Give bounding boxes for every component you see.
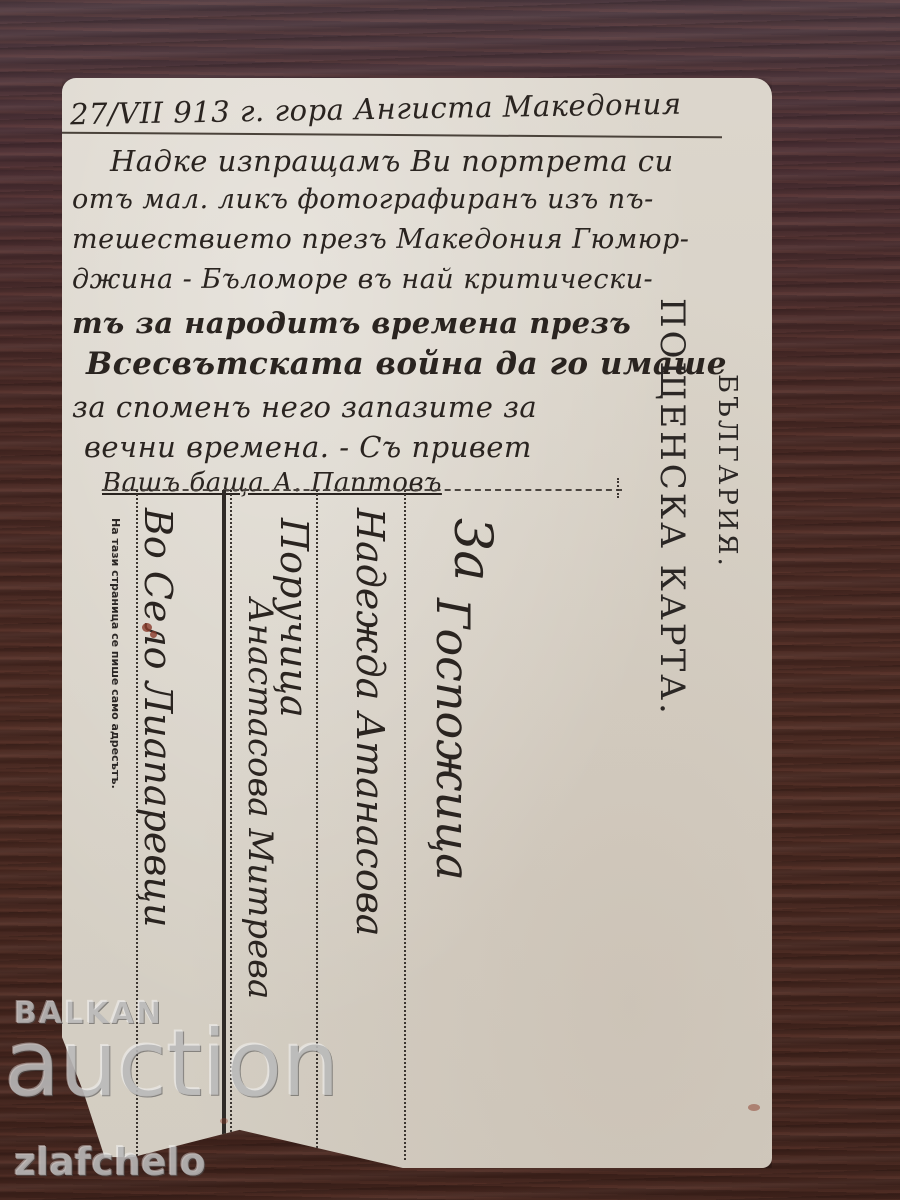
address-line-text: Госпожица bbox=[426, 598, 480, 881]
printed-country: БЪЛГАРИЯ. bbox=[712, 374, 742, 569]
address-line-text: Анастасова Митрева bbox=[240, 598, 280, 999]
stain bbox=[150, 631, 157, 638]
message-line: джина - Бъломоре въ най критически- bbox=[72, 264, 653, 295]
address-line bbox=[617, 478, 619, 498]
address-line bbox=[404, 490, 406, 1160]
address-line-text: Надежда Атанасова bbox=[348, 508, 392, 936]
message-line: Всесвътската война да го имаше bbox=[86, 346, 727, 382]
printed-notice: На тази страница се пише само адресътъ. bbox=[109, 518, 122, 789]
message-header: 27/VII 913 г. гора Ангиста Македония bbox=[70, 87, 682, 132]
printed-title: ПОЩЕНСКА КАРТА. bbox=[652, 298, 692, 717]
message-line: тъ за народитъ времена презъ bbox=[72, 306, 631, 340]
header-underline bbox=[62, 132, 722, 139]
message-line: тешествието презъ Македония Гюмюр- bbox=[72, 224, 689, 255]
address-top-rule bbox=[102, 489, 622, 491]
address-line-text: За bbox=[442, 518, 502, 581]
watermark-auction: auction bbox=[4, 1010, 339, 1117]
stain bbox=[220, 1118, 228, 1124]
signature: Вашъ баща А. Паптовъ bbox=[102, 468, 442, 498]
stain bbox=[748, 1104, 760, 1111]
message-line: отъ мал. ликъ фотографиранъ изъ пъ- bbox=[72, 184, 654, 215]
address-line-text: Во Село Лиапаревци bbox=[136, 508, 180, 927]
message-line: за споменъ него запазите за bbox=[72, 390, 537, 424]
message-line: вечни времена. - Съ привет bbox=[84, 430, 532, 464]
watermark-site: zlafchelo bbox=[14, 1140, 206, 1184]
message-line: Надке изпращамъ Ви портрета си bbox=[110, 144, 674, 178]
postcard: 27/VII 913 г. гора Ангиста Македония Над… bbox=[62, 78, 772, 1168]
